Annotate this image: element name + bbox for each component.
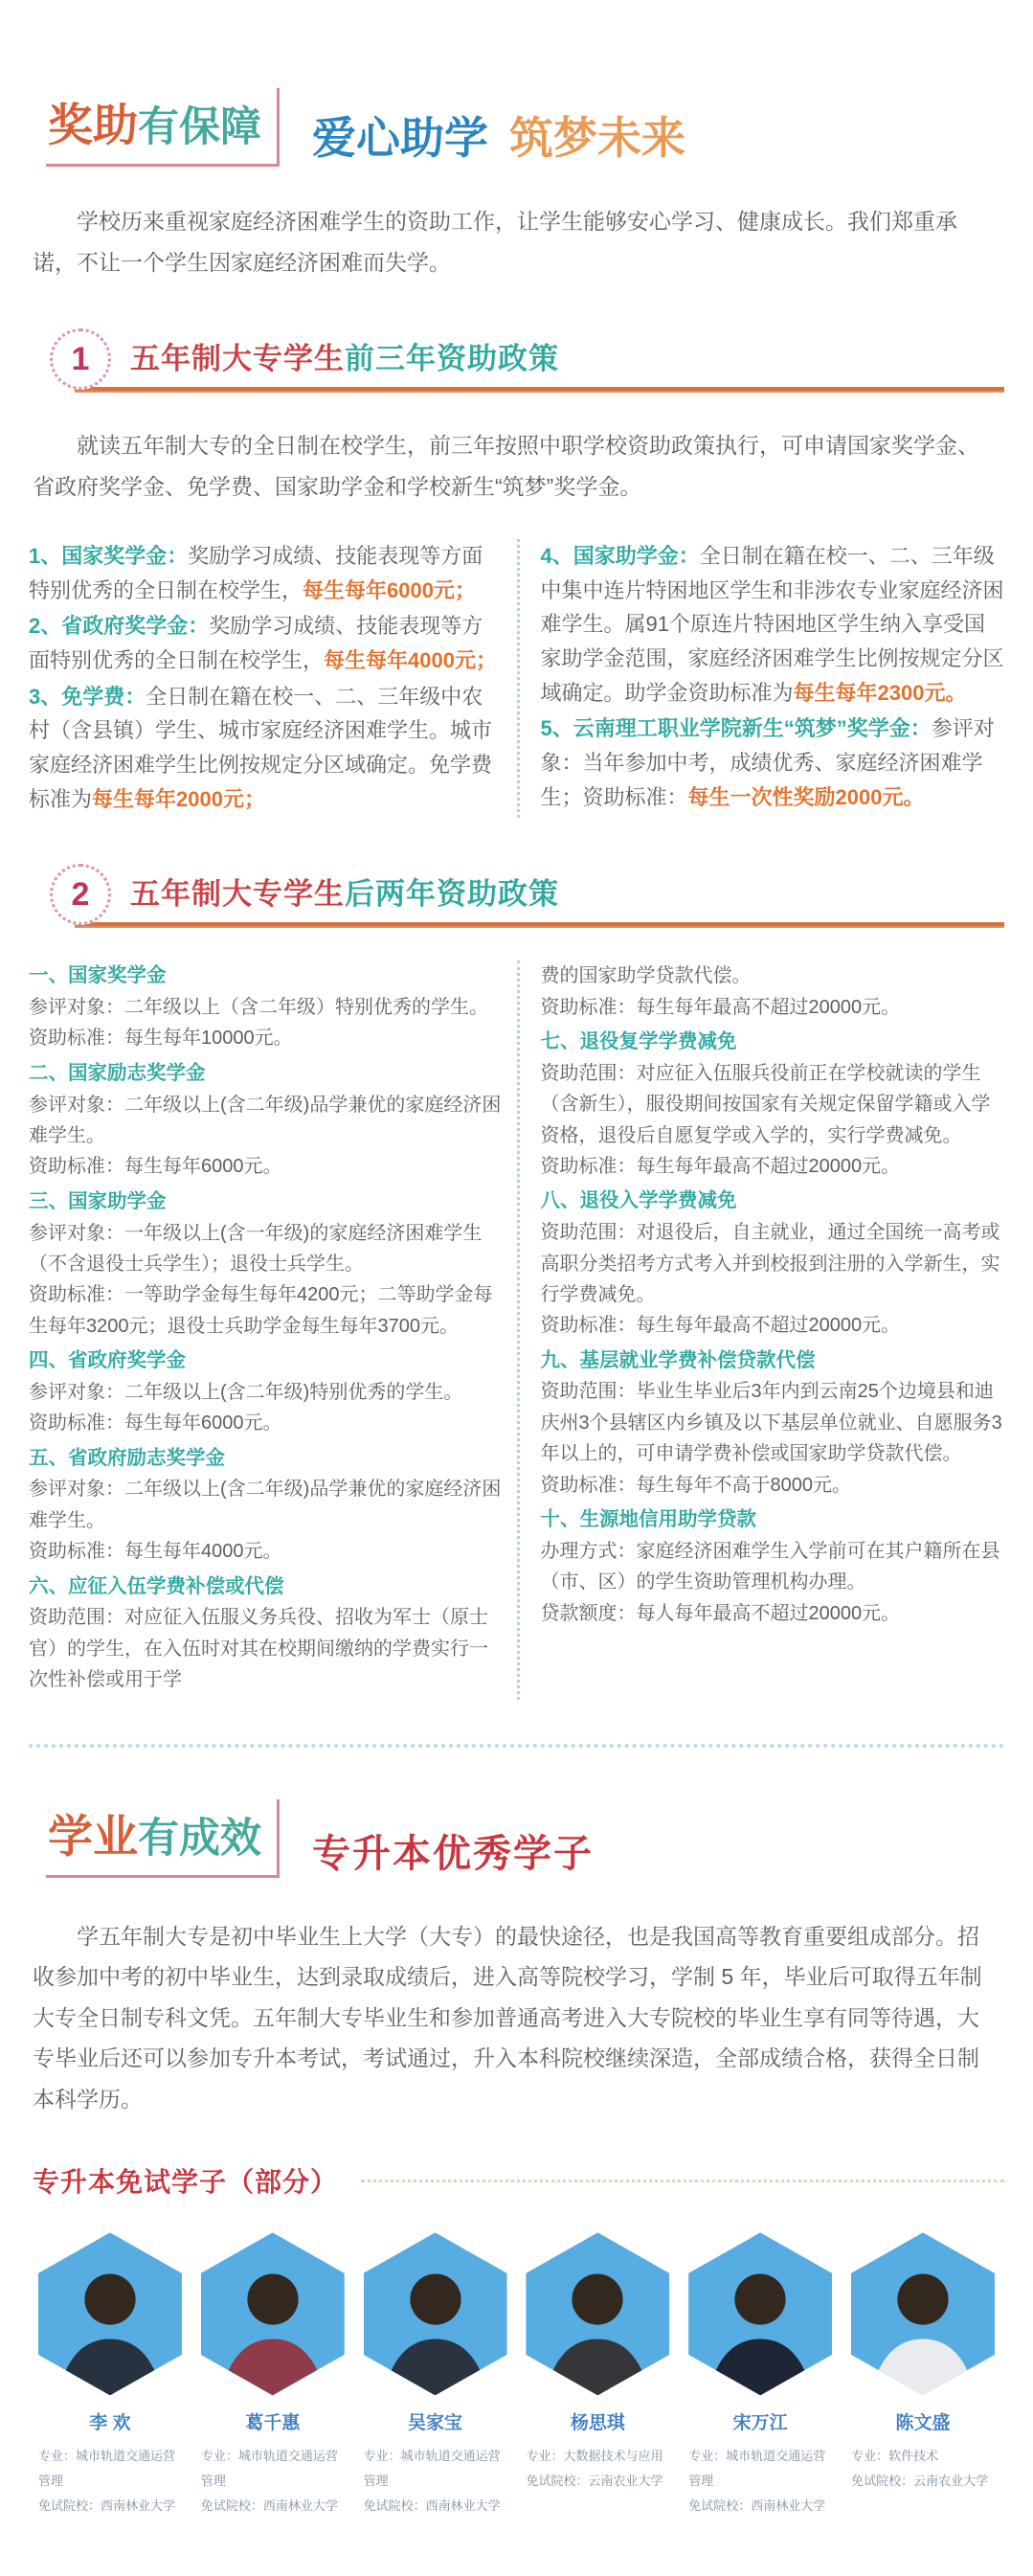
academic-header: 学业有成效 专升本优秀学子 xyxy=(46,1799,1004,1878)
student-photo xyxy=(364,2232,507,2395)
policy-item-6: 六、应征入伍学费补偿或代偿 资助范围：对应征入伍服义务兵役、招收为军士（原士官）… xyxy=(29,1571,502,1696)
policy-item-7-line: 资助范围：对应征入伍服兵役前正在学校就读的学生（含新生），服役期间按国家有关规定… xyxy=(541,1058,1005,1151)
policy-item-8: 八、退役入学学费减免 资助范围：对退役后，自主就业，通过全国统一高考或高职分类招… xyxy=(541,1186,1005,1341)
policy-item-10-line: 办理方式：家庭经济困难学生入学前可在其户籍所在县（市、区）的学生资助管理机构办理… xyxy=(541,1536,1005,1598)
aid-item-1-label: 1、国家奖学金： xyxy=(29,544,188,568)
student-major: 专业：城市轨道交通运营管理 xyxy=(364,2444,511,2494)
student-school: 免试院校：云南农业大学 xyxy=(851,2469,999,2494)
policy-item-5: 五、省政府励志奖学金 参评对象：二年级以上(含二年级)品学兼优的家庭经济困难学生… xyxy=(29,1443,502,1568)
policy-item-10: 十、生源地信用助学贷款 办理方式：家庭经济困难学生入学前可在其户籍所在县（市、区… xyxy=(541,1504,1005,1629)
policy-item-10-line: 贷款额度：每人每年最高不超过20000元。 xyxy=(541,1598,1005,1629)
academic-subtitle: 专升本优秀学子 xyxy=(312,1823,594,1878)
policy-item-7-line: 资助标准：每生每年最高不超过20000元。 xyxy=(541,1151,1005,1182)
section2-header: 2 五年制大专学生后两年资助政策 xyxy=(29,868,1004,928)
students-heading-dots xyxy=(361,2180,1004,2182)
section2-number-badge: 2 xyxy=(50,864,111,925)
person-silhouette-icon xyxy=(364,2240,507,2395)
intro-paragraph: 学校历来重视家庭经济困难学生的资助工作，让学生能够安心学习、健康成长。我们郑重承… xyxy=(33,201,1000,282)
section1-title-teal: 前三年资助政策 xyxy=(345,342,559,375)
policy-item-4-line: 资助标准：每生每年6000元。 xyxy=(29,1408,502,1438)
section2-title-wrap: 五年制大专学生后两年资助政策 xyxy=(130,868,1004,928)
students-heading-row: 专升本免试学子（部分） xyxy=(33,2161,1004,2200)
policy-item-6-cont-line: 资助标准：每生每年最高不超过20000元。 xyxy=(541,992,1005,1023)
person-silhouette-icon xyxy=(526,2240,669,2395)
policy-item-5-line: 资助标准：每生每年4000元。 xyxy=(29,1536,502,1567)
header-title-accent: 奖助 xyxy=(48,100,138,150)
aid-item-2: 2、省政府奖学金：奖励学习成绩、技能表现等方面特别优秀的全日制在校学生，每生每年… xyxy=(29,609,502,677)
aid-item-2-label: 2、省政府奖学金： xyxy=(29,614,209,638)
policy-item-9-line: 资助标准：每生每年不高于8000元。 xyxy=(541,1470,1005,1501)
section1-intro: 就读五年制大专的全日制在校学生，前三年按照中职学校资助政策执行，可申请国家奖学金… xyxy=(33,425,1000,507)
aid-item-4-label: 4、国家助学金： xyxy=(541,544,700,568)
student-school: 免试院校：西南林业大学 xyxy=(38,2494,186,2519)
policy-item-8-heading: 八、退役入学学费减免 xyxy=(541,1186,1005,1217)
student-major: 专业：城市轨道交通运营管理 xyxy=(201,2444,348,2494)
academic-title-rest: 有成效 xyxy=(138,1816,261,1862)
student-card: 葛千惠 专业：城市轨道交通运营管理 免试院校：西南林业大学 xyxy=(191,2232,354,2519)
policy-item-5-heading: 五、省政府励志奖学金 xyxy=(29,1443,502,1475)
page-header: 奖助有保障 爱心助学 筑梦未来 xyxy=(46,88,1004,167)
person-silhouette-icon xyxy=(38,2240,182,2395)
academic-title-box: 学业有成效 xyxy=(46,1799,280,1878)
student-major: 专业：城市轨道交通运营管理 xyxy=(38,2444,186,2494)
section1-title-red: 五年制大专学生 xyxy=(130,342,345,375)
student-photo xyxy=(851,2232,995,2395)
section1-number-badge: 1 xyxy=(50,328,111,390)
section2-title-rule xyxy=(75,922,1004,928)
policy-item-3: 三、国家助学金 参评对象：一年级以上(含一年级)的家庭经济困难学生（不含退役士兵… xyxy=(29,1186,502,1342)
person-silhouette-icon xyxy=(201,2240,345,2395)
student-major: 专业：软件技术 xyxy=(851,2444,999,2469)
policy-item-8-line: 资助标准：每生每年最高不超过20000元。 xyxy=(541,1310,1005,1341)
header-subtitle-orange: 筑梦未来 xyxy=(509,103,685,167)
students-heading: 专升本免试学子（部分） xyxy=(33,2161,338,2200)
student-caption: 专业：城市轨道交通运营管理 免试院校：西南林业大学 xyxy=(685,2444,836,2519)
policy-item-6-heading: 六、应征入伍学费补偿或代偿 xyxy=(29,1571,502,1603)
student-photo xyxy=(38,2232,182,2395)
policy-item-2-line: 资助标准：每生每年6000元。 xyxy=(29,1151,502,1182)
policy-item-6-line: 资助范围：对应征入伍服义务兵役、招收为军士（原士官）的学生，在入伍时对其在校期间… xyxy=(29,1602,502,1695)
aid-item-1: 1、国家奖学金：奖励学习成绩、技能表现等方面特别优秀的全日制在校学生，每生每年6… xyxy=(29,539,502,607)
policy-item-2-heading: 二、国家励志奖学金 xyxy=(29,1058,502,1090)
section1-header: 1 五年制大专学生前三年资助政策 xyxy=(29,332,1004,393)
section2-left-column: 一、国家奖学金 参评对象：二年级以上（含二年级）特别优秀的学生。 资助标准：每生… xyxy=(29,960,517,1699)
academic-title-accent: 学业 xyxy=(48,1811,138,1862)
policy-item-5-line: 参评对象：二年级以上(含二年级)品学兼优的家庭经济困难学生。 xyxy=(29,1474,502,1536)
aid-item-5: 5、云南理工职业学院新生“筑梦”奖学金：参评对象：当年参加中考，成绩优秀、家庭经… xyxy=(541,712,1005,814)
aid-item-4-highlight: 每生每年2300元。 xyxy=(794,681,967,705)
section2-right-column: 费的国家助学贷款代偿。 资助标准：每生每年最高不超过20000元。 七、退役复学… xyxy=(517,960,1005,1699)
policy-item-3-line: 参评对象：一年级以上(含一年级)的家庭经济困难学生（不含退役士兵学生）；退役士兵… xyxy=(29,1218,502,1280)
student-caption: 专业：软件技术 免试院校：云南农业大学 xyxy=(847,2444,999,2494)
policy-item-1-line: 参评对象：二年级以上（含二年级）特别优秀的学生。 xyxy=(29,992,502,1023)
policy-item-1: 一、国家奖学金 参评对象：二年级以上（含二年级）特别优秀的学生。 资助标准：每生… xyxy=(29,960,502,1054)
student-caption: 专业：城市轨道交通运营管理 免试院校：西南林业大学 xyxy=(34,2444,186,2519)
brochure-page: 奖助有保障 爱心助学 筑梦未来 学校历来重视家庭经济困难学生的资助工作，让学生能… xyxy=(0,0,1033,2576)
student-photo xyxy=(526,2232,669,2395)
student-name: 宋万江 xyxy=(685,2408,836,2434)
policy-item-8-line: 资助范围：对退役后，自主就业，通过全国统一高考或高职分类招考方式考入并到校报到注… xyxy=(541,1217,1005,1310)
section2-title-teal: 后两年资助政策 xyxy=(345,877,559,911)
policy-item-2: 二、国家励志奖学金 参评对象：二年级以上(含二年级)品学兼优的家庭经济困难学生。… xyxy=(29,1058,502,1183)
aid-item-1-highlight: 每生每年6000元； xyxy=(303,578,476,602)
header-title-rest: 有保障 xyxy=(138,104,261,150)
section2-columns: 一、国家奖学金 参评对象：二年级以上（含二年级）特别优秀的学生。 资助标准：每生… xyxy=(29,960,1004,1699)
student-name: 杨思琪 xyxy=(522,2408,673,2434)
student-caption: 专业：大数据技术与应用 免试院校：云南农业大学 xyxy=(522,2444,673,2494)
policy-item-10-heading: 十、生源地信用助学贷款 xyxy=(541,1504,1005,1536)
header-subtitle-blue: 爱心助学 xyxy=(312,103,488,167)
policy-item-1-line: 资助标准：每生每年10000元。 xyxy=(29,1023,502,1053)
section-divider xyxy=(29,1744,1004,1748)
student-photo xyxy=(688,2232,832,2395)
student-major: 专业：大数据技术与应用 xyxy=(526,2444,673,2469)
aid-item-4: 4、国家助学金：全日制在籍在校一、二、三年级中集中连片特困地区学生和非涉农专业家… xyxy=(541,539,1005,710)
policy-item-3-heading: 三、国家助学金 xyxy=(29,1186,502,1218)
policy-item-9-line: 资助范围：毕业生毕业后3年内到云南25个边境县和迪庆州3个县辖区内乡镇及以下基层… xyxy=(541,1376,1005,1469)
aid-item-3-highlight: 每生每年2000元； xyxy=(92,787,265,811)
policy-item-7: 七、退役复学学费减免 资助范围：对应征入伍服兵役前正在学校就读的学生（含新生），… xyxy=(541,1027,1005,1182)
student-school: 免试院校：云南农业大学 xyxy=(526,2469,673,2494)
student-school: 免试院校：西南林业大学 xyxy=(364,2494,511,2519)
student-name: 葛千惠 xyxy=(197,2408,348,2434)
policy-item-9-heading: 九、基层就业学费补偿贷款代偿 xyxy=(541,1345,1005,1377)
policy-item-1-heading: 一、国家奖学金 xyxy=(29,960,502,992)
student-photo xyxy=(201,2232,345,2395)
policy-item-6-cont-line: 费的国家助学贷款代偿。 xyxy=(541,960,1005,991)
student-name: 李 欢 xyxy=(34,2408,186,2434)
student-card: 宋万江 专业：城市轨道交通运营管理 免试院校：西南林业大学 xyxy=(679,2232,842,2519)
aid-item-3-label: 3、免学费： xyxy=(29,685,146,709)
policy-item-4: 四、省政府奖学金 参评对象：二年级以上(含二年级)特别优秀的学生。 资助标准：每… xyxy=(29,1345,502,1439)
academic-paragraph: 学五年制大专是初中毕业生上大学（大专）的最快途径，也是我国高等教育重要组成部分。… xyxy=(33,1916,1000,2120)
aid-item-5-label: 5、云南理工职业学院新生“筑梦”奖学金： xyxy=(541,716,932,740)
student-name: 陈文盛 xyxy=(847,2408,999,2434)
policy-item-7-heading: 七、退役复学学费减免 xyxy=(541,1027,1005,1058)
students-row: 李 欢 专业：城市轨道交通运营管理 免试院校：西南林业大学 葛千惠 专业：城市轨… xyxy=(29,2232,1004,2519)
section1-columns: 1、国家奖学金：奖励学习成绩、技能表现等方面特别优秀的全日制在校学生，每生每年6… xyxy=(29,539,1004,818)
section1-title: 五年制大专学生前三年资助政策 xyxy=(130,334,1004,377)
policy-item-4-heading: 四、省政府奖学金 xyxy=(29,1345,502,1377)
person-silhouette-icon xyxy=(851,2240,995,2395)
policy-item-6-continued: 费的国家助学贷款代偿。 资助标准：每生每年最高不超过20000元。 xyxy=(541,960,1005,1023)
student-caption: 专业：城市轨道交通运营管理 免试院校：西南林业大学 xyxy=(197,2444,348,2519)
section1-right-column: 4、国家助学金：全日制在籍在校一、二、三年级中集中连片特困地区学生和非涉农专业家… xyxy=(517,539,1005,818)
student-name: 吴家宝 xyxy=(360,2408,511,2434)
student-card: 李 欢 专业：城市轨道交通运营管理 免试院校：西南林业大学 xyxy=(29,2232,191,2519)
student-major: 专业：城市轨道交通运营管理 xyxy=(688,2444,836,2494)
aid-item-2-highlight: 每生每年4000元； xyxy=(324,648,497,672)
header-title-box: 奖助有保障 xyxy=(46,88,280,167)
section1-title-rule xyxy=(75,387,1004,393)
student-caption: 专业：城市轨道交通运营管理 免试院校：西南林业大学 xyxy=(360,2444,511,2519)
student-school: 免试院校：西南林业大学 xyxy=(201,2494,348,2519)
section1-left-column: 1、国家奖学金：奖励学习成绩、技能表现等方面特别优秀的全日制在校学生，每生每年6… xyxy=(29,539,517,818)
policy-item-2-line: 参评对象：二年级以上(含二年级)品学兼优的家庭经济困难学生。 xyxy=(29,1090,502,1152)
policy-item-4-line: 参评对象：二年级以上(含二年级)特别优秀的学生。 xyxy=(29,1377,502,1408)
student-school: 免试院校：西南林业大学 xyxy=(688,2494,836,2519)
policy-item-3-line: 资助标准：一等助学金每生每年4200元；二等助学金每生每年3200元；退役士兵助… xyxy=(29,1279,502,1342)
section2-title: 五年制大专学生后两年资助政策 xyxy=(130,870,1004,913)
student-card: 杨思琪 专业：大数据技术与应用 免试院校：云南农业大学 xyxy=(516,2232,679,2519)
person-silhouette-icon xyxy=(688,2240,832,2395)
aid-item-3: 3、免学费：全日制在籍在校一、二、三年级中农村（含县镇）学生、城市家庭经济困难学… xyxy=(29,680,502,817)
section1-title-wrap: 五年制大专学生前三年资助政策 xyxy=(130,332,1004,393)
policy-item-9: 九、基层就业学费补偿贷款代偿 资助范围：毕业生毕业后3年内到云南25个边境县和迪… xyxy=(541,1345,1005,1501)
student-card: 吴家宝 专业：城市轨道交通运营管理 免试院校：西南林业大学 xyxy=(354,2232,517,2519)
student-card: 陈文盛 专业：软件技术 免试院校：云南农业大学 xyxy=(842,2232,1004,2519)
section2-title-red: 五年制大专学生 xyxy=(130,877,345,911)
aid-item-5-highlight: 每生一次性奖励2000元。 xyxy=(688,785,925,809)
